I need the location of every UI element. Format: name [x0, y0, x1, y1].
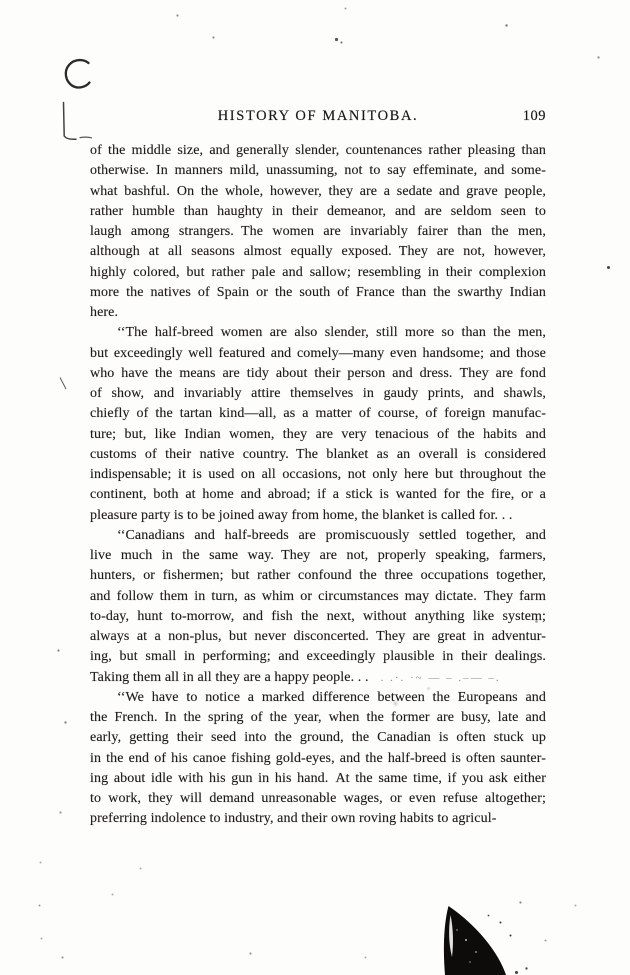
text-line: of show, and invariably attire themselve…: [90, 384, 546, 404]
text-line: ing, but small in performing; and exceed…: [90, 647, 546, 667]
pencil-scribble: . .·. ·~ — – .–— –.: [381, 672, 501, 684]
body-text: of the middle size, and generally slende…: [90, 141, 546, 830]
pen-tick: [60, 378, 66, 390]
text-line: ‘‘The half-breed women are also slender,…: [90, 323, 546, 343]
text-line: but exceedingly well featured and comely…: [90, 344, 546, 364]
text-line: ‘‘We have to notice a marked difference …: [90, 688, 546, 708]
text-line: customs of their native country. The bla…: [90, 445, 546, 465]
paragraph: ‘‘Canadians and half-breeds are promiscu…: [90, 526, 546, 688]
text-line: more the natives of Spain or the south o…: [90, 283, 546, 303]
text-line: in the end of his canoe fishing gold-eye…: [90, 749, 546, 769]
paragraph: ‘‘The half-breed women are also slender,…: [90, 323, 546, 526]
text-line: otherwise. In manners mild, unassuming, …: [90, 161, 546, 181]
pen-mark-bracket: [64, 103, 92, 140]
paragraph: ‘‘We have to notice a marked difference …: [90, 688, 546, 830]
text-line: Taking them all in all they are a happy …: [90, 668, 546, 688]
text-line: live much in the same way. They are not,…: [90, 546, 546, 566]
text-line: and follow them in turn, as whim or circ…: [90, 587, 546, 607]
text-line-text: Taking them all in all they are a happy …: [90, 670, 369, 685]
page-number: 109: [523, 108, 546, 125]
text-line: to-day, hunt to-morrow, and fish the nex…: [90, 607, 546, 627]
pen-mark-c: [66, 60, 90, 87]
text-line: continent, both at home and abroad; if a…: [90, 485, 546, 505]
text-line: rather humble than haughty in their deme…: [90, 202, 546, 222]
text-line: ing about idle with his gun in his hand.…: [90, 769, 546, 789]
paragraph: of the middle size, and generally slende…: [90, 141, 546, 323]
text-line: here.: [90, 303, 546, 323]
page-title: HISTORY OF MANITOBA.: [90, 108, 546, 125]
text-line: the French. In the spring of the year, w…: [90, 708, 546, 728]
text-line: although at all seasons almost equally e…: [90, 242, 546, 262]
text-line: always at a non-plus, but never disconce…: [90, 627, 546, 647]
text-line: ture; but, like Indian women, they are v…: [90, 425, 546, 445]
running-header: HISTORY OF MANITOBA. 109: [90, 108, 546, 130]
text-line: pleasure party is to be joined away from…: [90, 506, 546, 526]
text-line: what bashful. On the whole, however, the…: [90, 182, 546, 202]
text-line: preferring indolence to industry, and th…: [90, 809, 546, 829]
text-line: early, getting their seed into the groun…: [90, 728, 546, 748]
text-line: chiefly of the tartan kind—all, as a mat…: [90, 404, 546, 424]
text-line: ‘‘Canadians and half-breeds are promiscu…: [90, 526, 546, 546]
scan-speckles: [0, 0, 1, 1]
text-line: indispensable; it is used on all occasio…: [90, 465, 546, 485]
text-line: who have the means are tidy about their …: [90, 364, 546, 384]
text-line: hunters, or fishermen; but rather confou…: [90, 566, 546, 586]
text-line: of the middle size, and generally slende…: [90, 141, 546, 161]
text-line: to work, they will demand unreasonable w…: [90, 789, 546, 809]
text-line: highly colored, but rather pale and sall…: [90, 263, 546, 283]
text-line: laugh among strangers. The women are inv…: [90, 222, 546, 242]
scanned-book-page: HISTORY OF MANITOBA. 109 of the middle s…: [0, 0, 630, 975]
ink-blot: [444, 906, 506, 975]
